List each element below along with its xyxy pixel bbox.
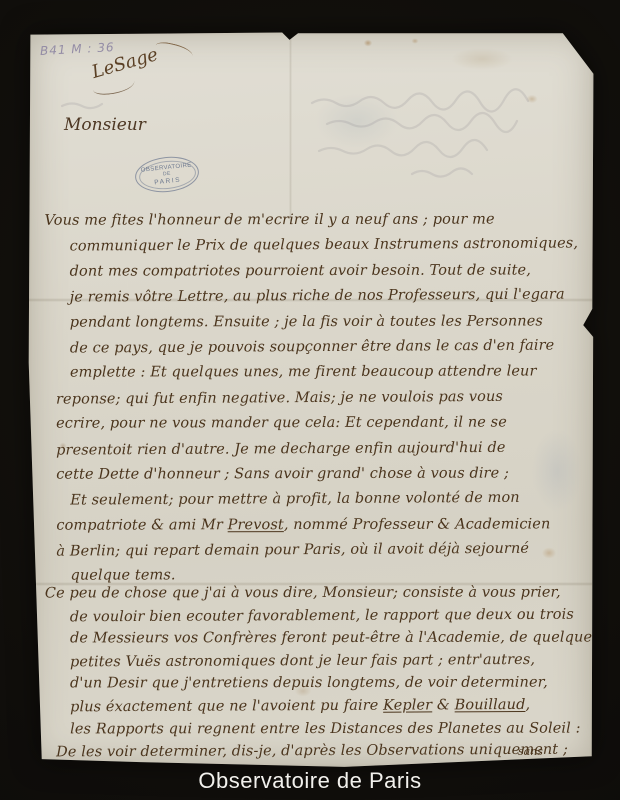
letter-line: emplette : Et quelques unes, me firent b…: [70, 360, 588, 387]
letter-line-text: , nommé Professeur & Academicien: [284, 516, 551, 533]
letter-paragraph-1: Vous me fites l'honneur de m'ecrire il y…: [43, 207, 589, 589]
underlined-name-kepler: Kepler: [383, 697, 432, 713]
letter-photograph: B41 M : 36 LeSage OBSERVATOIRE DE PARIS …: [27, 31, 594, 768]
underlined-name-prevost: Prevost: [228, 517, 284, 533]
stamp-text: PARIS: [154, 176, 182, 186]
letter-line: compatriote & ami Mr Prevost, nommé Prof…: [56, 512, 588, 539]
letter-line: reponse; qui fut enfin negative. Mais; j…: [56, 384, 588, 413]
letter-line-text: ,: [525, 697, 530, 713]
stamp-text: DE: [163, 171, 172, 178]
letter-line: de vouloir bien ecouter favorablement, l…: [70, 603, 588, 628]
letter-line: petites Vuës astronomiques dont je leur …: [70, 648, 588, 673]
letter-line: communiquer le Prix de quelques beaux In…: [70, 232, 588, 261]
letter-paragraph-2: Ce peu de chose que j'ai à vous dire, Mo…: [43, 582, 588, 764]
letter-page: B41 M : 36 LeSage OBSERVATOIRE DE PARIS …: [27, 31, 594, 768]
underlined-name-bouillaud: Bouillaud: [455, 697, 526, 713]
letter-line: je remis vôtre Lettre, au plus riche de …: [70, 283, 588, 312]
salutation: Monsieur: [64, 115, 146, 135]
letter-line: Ce peu de chose que j'ai à vous dire, Mo…: [45, 582, 588, 606]
stamp-text: OBSERVATOIRE: [141, 162, 192, 173]
letter-line: Vous me fites l'honneur de m'ecrire il y…: [45, 207, 588, 234]
letter-line: à Berlin; qui repart demain pour Paris, …: [56, 536, 588, 565]
letter-line-text: plus éxactement que ne l'avoient pu fair…: [70, 698, 383, 716]
letter-line: Et seulement; pour mettre à profit, la b…: [70, 486, 588, 515]
letter-line: plus éxactement que ne l'avoient pu fair…: [70, 694, 588, 719]
letter-line: d'un Desir que j'entretiens depuis longt…: [70, 672, 588, 695]
letter-line: dont mes compatriotes pourroient avoir b…: [70, 258, 588, 285]
letter-line: ecrire, pour ne vous mander que cela: Et…: [56, 410, 588, 437]
letter-line: cette Dette d'honneur ; Sans avoir grand…: [56, 461, 588, 488]
letter-line: De les voir determiner, dis-je, d'après …: [56, 739, 588, 764]
letter-line: presentoit rien d'autre. Je me decharge …: [56, 435, 588, 464]
letter-line: de ce pays, que je pouvois soupçonner êt…: [70, 333, 588, 362]
letter-line-text: &: [432, 697, 455, 713]
letter-line-text: compatriote & ami Mr: [56, 517, 227, 533]
letter-line: les Rapports qui regnent entre les Dista…: [70, 717, 588, 740]
photo-caption: Observatoire de Paris: [0, 768, 620, 794]
letter-line: de Messieurs vos Confrères feront peut-ê…: [70, 627, 588, 650]
letter-line: pendant longtems. Ensuite ; je la fis vo…: [70, 309, 588, 336]
catchword: sans: [518, 745, 543, 758]
